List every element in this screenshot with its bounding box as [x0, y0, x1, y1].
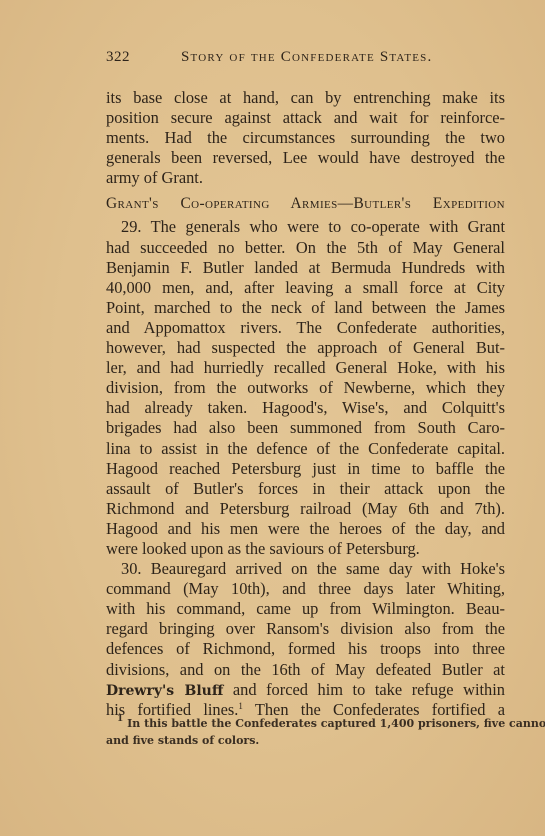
text-line: regard bringing over Ransom's division a…	[106, 619, 505, 639]
page-number: 322	[106, 49, 130, 66]
text-line: generals been reversed, Lee would have d…	[106, 148, 505, 168]
text-line: had succeeded no better. On the 5th of M…	[106, 238, 505, 258]
text-line: ments. Had the circumstances surrounding…	[106, 128, 505, 148]
text-line: divisions, and on the 16th of May defeat…	[106, 660, 505, 680]
text-line: its base close at hand, can by entrenchi…	[106, 88, 505, 108]
text-line: Richmond and Petersburg railroad (May 6t…	[106, 499, 505, 519]
text-line: Hagood reached Petersburg just in time t…	[106, 459, 505, 479]
text-line: and Appomattox rivers. The Confederate a…	[106, 318, 505, 338]
text-line: 29. The generals who were to co-operate …	[106, 217, 505, 237]
text-line: Benjamin F. Butler landed at Bermuda Hun…	[106, 258, 505, 278]
text-line: ler, and had hurriedly recalled General …	[106, 358, 505, 378]
text-line: however, had suspected the approach of G…	[106, 338, 505, 358]
paragraph-29: 29. The generals who were to co-operate …	[106, 217, 505, 559]
text-line: with his command, came up from Wilmingto…	[106, 599, 505, 619]
text-line: brigades had also been summoned from Sou…	[106, 418, 505, 438]
text-line: army of Grant.	[106, 168, 505, 188]
text-line: position secure against attack and wait …	[106, 108, 505, 128]
text-line: defences of Richmond, formed his troops …	[106, 639, 505, 659]
text-line: were looked upon as the saviours of Pete…	[106, 539, 505, 559]
paragraph-30: 30. Beauregard arrived on the same day w…	[106, 559, 505, 720]
text-line: had already taken. Hagood's, Wise's, and…	[106, 398, 505, 418]
text-line: division, from the outworks of Newberne,…	[106, 378, 505, 398]
text-line: Drewry's Bluff and forced him to take re…	[106, 680, 505, 700]
text-line: command (May 10th), and three days later…	[106, 579, 505, 599]
text-line: lina to assist in the defence of the Con…	[106, 439, 505, 459]
text-line: 30. Beauregard arrived on the same day w…	[106, 559, 505, 579]
text-line: Hagood and his men were the heroes of th…	[106, 519, 505, 539]
text-line: Point, marched to the neck of land betwe…	[106, 298, 505, 318]
section-heading: Grant's Co-operating Armies—Butler's Exp…	[106, 194, 505, 214]
text-fragment: and forced him to take refuge within	[223, 680, 505, 699]
text-line: assault of Butler's forces in their atta…	[106, 479, 505, 499]
footnotes: 1 In this battle the Confederates captur…	[106, 716, 505, 749]
place-name-bold: Drewry's Bluff	[106, 683, 223, 699]
paragraph-intro: its base close at hand, can by entrenchi…	[106, 88, 505, 188]
footnote-text: In this battle the Confederates captured…	[123, 717, 545, 730]
running-title: Story of the Confederate States.	[181, 49, 432, 66]
footnote-line: 1 In this battle the Confederates captur…	[106, 716, 505, 733]
body-text: its base close at hand, can by entrenchi…	[106, 88, 505, 720]
page-header: 322 Story of the Confederate States.	[106, 49, 505, 69]
text-line: 40,000 men, and, after leaving a small f…	[106, 278, 505, 298]
footnote-line: and five stands of colors.	[106, 733, 505, 750]
